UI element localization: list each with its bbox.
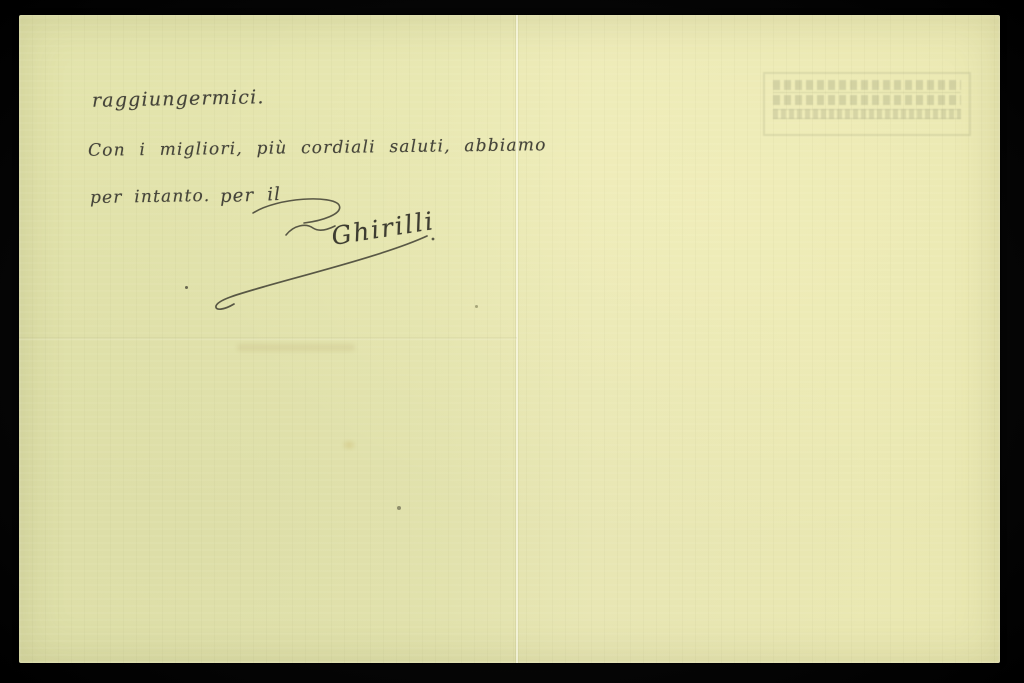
handwritten-line-3: per intanto.: [90, 186, 211, 208]
stamp-illegible-line-1: [773, 80, 961, 90]
stain-smudge: [237, 344, 355, 351]
handwritten-line-3-continued: per il: [220, 184, 282, 207]
handwritten-line-1: raggiungermici.: [92, 86, 265, 112]
stamp-illegible-line-3: [773, 109, 961, 119]
letter-page: raggiungermici. Con i migliori, più cord…: [19, 15, 1000, 663]
ink-dot: [185, 286, 188, 289]
horizontal-fold-line: [19, 337, 517, 340]
signature: Ghirilli: [329, 206, 436, 251]
foxing-spot: [341, 439, 357, 451]
scanner-background: raggiungermici. Con i migliori, più cord…: [0, 0, 1024, 683]
speck: [397, 506, 401, 510]
stamp-rule: [773, 92, 961, 93]
stamp-impression: [763, 72, 971, 136]
stamp-illegible-line-2: [773, 95, 961, 105]
handwritten-line-2: Con i migliori, più cordiali saluti, abb…: [88, 135, 547, 161]
speck: [475, 305, 478, 308]
